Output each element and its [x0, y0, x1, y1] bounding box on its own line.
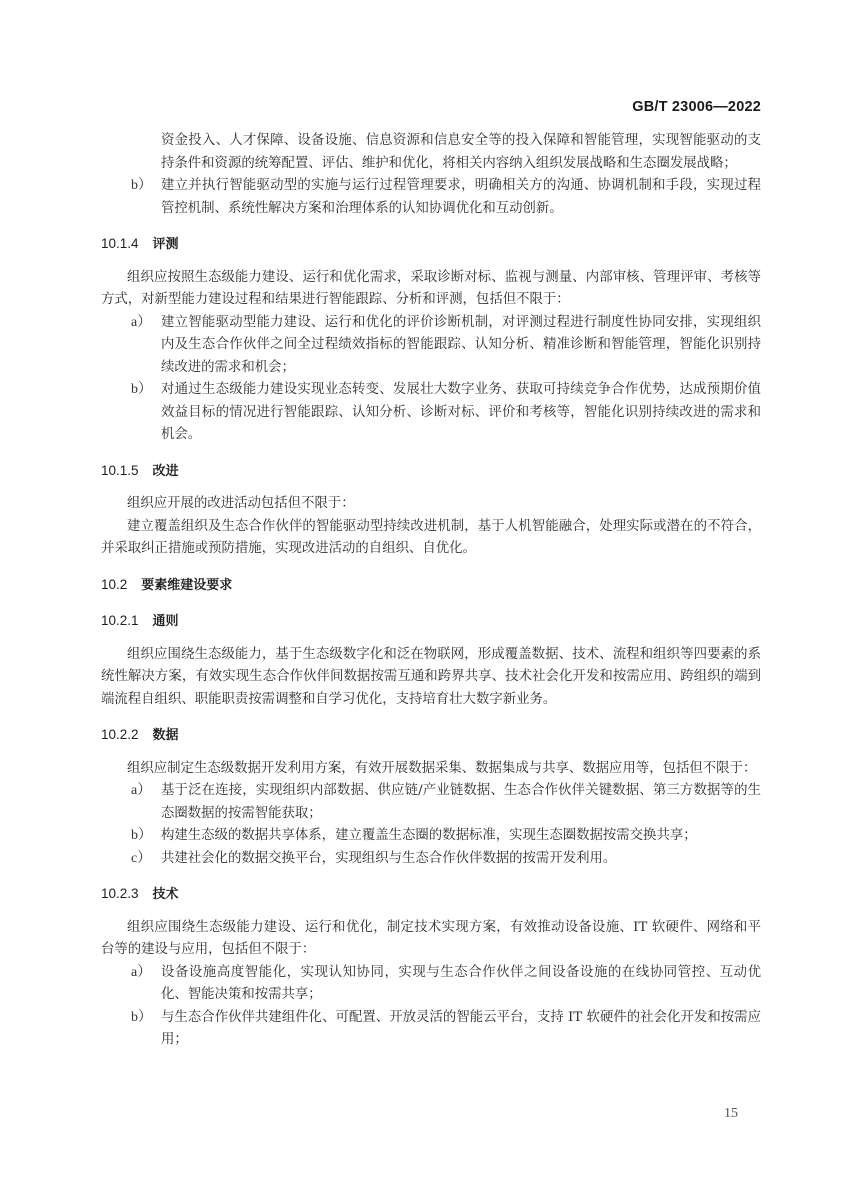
section-heading-10-2-2: 10.2.2数据 [101, 724, 761, 748]
section-title: 改进 [153, 464, 179, 479]
section-title: 技术 [153, 887, 179, 902]
list-item-text: 构建生态级的数据共享体系，建立覆盖生态圈的数据标准，实现生态圈数据按需交换共享； [161, 828, 697, 843]
section-title: 要素维建设要求 [141, 578, 232, 593]
list-item-text: 建立智能驱动型能力建设、运行和优化的评价诊断机制，对评测过程进行制度性协同安排，… [161, 315, 761, 375]
list-item-text: 基于泛在连接，实现组织内部数据、供应链/产业链数据、生态合作伙伴关键数据、第三方… [161, 783, 761, 821]
paragraph: 建立覆盖组织及生态合作伙伴的智能驱动型持续改进机制，基于人机智能融合，处理实际或… [101, 516, 761, 561]
list-marker: b） [131, 1007, 152, 1030]
list-item: b） 与生态合作伙伴共建组件化、可配置、开放灵活的智能云平台，支持 IT 软硬件… [101, 1007, 761, 1052]
list-item: c） 共建社会化的数据交换平台，实现组织与生态合作伙伴数据的按需开发利用。 [101, 848, 761, 871]
list-item: a） 基于泛在连接，实现组织内部数据、供应链/产业链数据、生态合作伙伴关键数据、… [101, 780, 761, 825]
document-body: 资金投入、人才保障、设备设施、信息资源和信息安全等的投入保障和智能管理，实现智能… [101, 130, 761, 1052]
continued-paragraph: 资金投入、人才保障、设备设施、信息资源和信息安全等的投入保障和智能管理，实现智能… [101, 130, 761, 175]
section-title: 数据 [153, 728, 179, 743]
paragraph: 组织应按照生态级能力建设、运行和优化需求，采取诊断对标、监视与测量、内部审核、管… [101, 267, 761, 312]
list-marker: b） [131, 379, 152, 402]
section-number: 10.1.4 [101, 236, 139, 251]
list-item: a） 设备设施高度智能化，实现认知协同，实现与生态合作伙伴之间设备设施的在线协同… [101, 962, 761, 1007]
section-number: 10.2 [101, 577, 127, 592]
list-item-text: 设备设施高度智能化，实现认知协同，实现与生态合作伙伴之间设备设施的在线协同管控、… [161, 965, 761, 1003]
list-item-text: 建立并执行智能驱动型的实施与运行过程管理要求，明确相关方的沟通、协调机制和手段，… [161, 178, 761, 216]
section-title: 评测 [153, 237, 179, 252]
paragraph: 组织应围绕生态级能力建设、运行和优化，制定技术实现方案，有效推动设备设施、IT … [101, 917, 761, 962]
section-title: 通则 [153, 614, 179, 629]
section-heading-10-1-5: 10.1.5改进 [101, 460, 761, 484]
paragraph: 组织应开展的改进活动包括但不限于： [101, 493, 761, 516]
section-heading-10-2-3: 10.2.3技术 [101, 883, 761, 907]
list-item-text: 共建社会化的数据交换平台，实现组织与生态合作伙伴数据的按需开发利用。 [161, 851, 616, 866]
list-marker: a） [131, 312, 151, 335]
section-heading-10-2: 10.2要素维建设要求 [101, 574, 761, 598]
page-number: 15 [724, 1106, 738, 1122]
list-marker: b） [131, 175, 152, 198]
list-marker: a） [131, 780, 151, 803]
list-item: b） 对通过生态级能力建设实现业态转变、发展壮大数字业务、获取可持续竞争合作优势… [101, 379, 761, 447]
list-item-text: 与生态合作伙伴共建组件化、可配置、开放灵活的智能云平台，支持 IT 软硬件的社会… [161, 1010, 761, 1048]
list-item-text: 对通过生态级能力建设实现业态转变、发展壮大数字业务、获取可持续竞争合作优势，达成… [161, 382, 761, 442]
section-number: 10.2.3 [101, 886, 139, 901]
list-item: a） 建立智能驱动型能力建设、运行和优化的评价诊断机制，对评测过程进行制度性协同… [101, 312, 761, 380]
paragraph: 组织应围绕生态级能力，基于生态级数字化和泛在物联网，形成覆盖数据、技术、流程和组… [101, 644, 761, 712]
list-marker: b） [131, 825, 152, 848]
section-heading-10-1-4: 10.1.4评测 [101, 233, 761, 257]
section-number: 10.2.2 [101, 727, 139, 742]
list-item: b） 构建生态级的数据共享体系，建立覆盖生态圈的数据标准，实现生态圈数据按需交换… [101, 825, 761, 848]
list-marker: c） [131, 848, 151, 871]
paragraph: 组织应制定生态级数据开发利用方案，有效开展数据采集、数据集成与共享、数据应用等，… [101, 758, 761, 781]
section-number: 10.1.5 [101, 463, 139, 478]
list-item: b） 建立并执行智能驱动型的实施与运行过程管理要求，明确相关方的沟通、协调机制和… [101, 175, 761, 220]
standard-code: GB/T 23006—2022 [632, 99, 761, 115]
section-heading-10-2-1: 10.2.1通则 [101, 610, 761, 634]
section-number: 10.2.1 [101, 613, 139, 628]
list-marker: a） [131, 962, 151, 985]
